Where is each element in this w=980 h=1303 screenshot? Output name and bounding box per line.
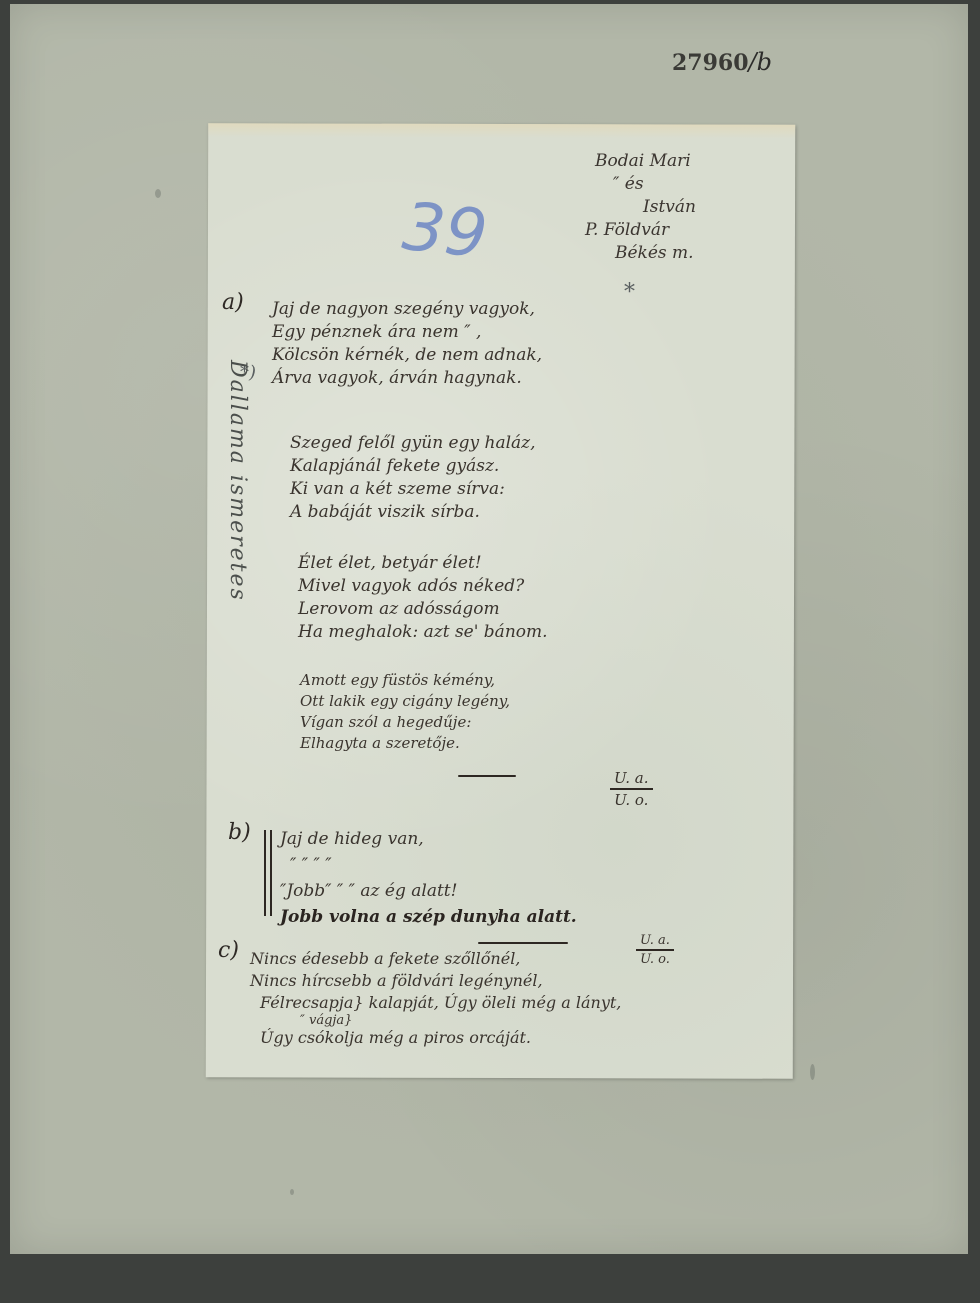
margin-note-vertical: Dallama ismeretes bbox=[225, 360, 250, 602]
verse-line: Kölcsön kérnék, de nem adnak, bbox=[272, 344, 542, 367]
stanza-a4: Amott egy füstös kémény, Ott lakik egy c… bbox=[300, 670, 510, 754]
verse-line: Árva vagyok, árván hagynak. bbox=[272, 367, 542, 390]
stanza-b: Jaj de hideg van, ″ ″ ″ ″ ″Jobb″ ″ ″ az … bbox=[280, 826, 577, 930]
verse-line: Mivel vagyok adós néked? bbox=[298, 575, 548, 598]
verse-line-ditto: ″ ″ ″ ″ bbox=[280, 852, 577, 878]
attribution-line: ″ és bbox=[585, 173, 755, 196]
verse-line: ″Jobb″ ″ ″ az ég alatt! bbox=[280, 878, 577, 904]
stain-speck bbox=[810, 1064, 815, 1080]
attribution-line: Békés m. bbox=[585, 242, 755, 265]
verse-line: Jobb volna a szép dunyha alatt. bbox=[280, 904, 577, 930]
catalog-number: 27960/b bbox=[672, 48, 772, 76]
source-mark-bottom: U. o. bbox=[614, 791, 648, 809]
page-number-pencil: 39 bbox=[400, 194, 490, 268]
stain-speck bbox=[290, 1189, 294, 1195]
verse-line: Elhagyta a szeretője. bbox=[300, 733, 510, 754]
verse-line: Ott lakik egy cigány legény, bbox=[300, 691, 510, 712]
verse-line: Lerovom az adósságom bbox=[298, 598, 548, 621]
section-label-a: a) bbox=[222, 292, 244, 314]
section-end-rule bbox=[458, 775, 516, 777]
attribution-line: P. Földvár bbox=[585, 219, 755, 242]
source-mark-bottom: U. o. bbox=[640, 952, 670, 967]
verse-line: Úgy csókolja még a piros orcáját. bbox=[250, 1027, 621, 1049]
section-label-c: c) bbox=[218, 940, 239, 962]
verse-line: Egy pénznek ára nem ″ , bbox=[272, 321, 542, 344]
verse-line: Nincs hírcsebb a földvári legénynél, bbox=[250, 970, 621, 992]
verse-line: Félrecsapja} kalapját, Úgy öleli még a l… bbox=[250, 992, 621, 1014]
asterisk-mark: * bbox=[624, 282, 635, 304]
verse-line: Vígan szól a hegedűje: bbox=[300, 712, 510, 733]
verse-line: Ha meghalok: azt se' bánom. bbox=[298, 621, 548, 644]
section-label-b: b) bbox=[228, 822, 251, 844]
verse-line: Nincs édesebb a fekete szőllőnél, bbox=[250, 948, 621, 970]
source-mark-top: U. a. bbox=[636, 932, 674, 951]
stanza-a3: Élet élet, betyár élet! Mivel vagyok adó… bbox=[298, 552, 548, 644]
stanza-a2: Szeged felől gyün egy haláz, Kalapjánál … bbox=[290, 432, 536, 524]
source-mark-a: U. a. U. o. bbox=[610, 768, 653, 810]
attribution-line: István bbox=[585, 196, 755, 219]
verse-line: Jaj de hideg van, bbox=[280, 826, 577, 852]
source-mark-b: U. a. U. o. bbox=[636, 932, 674, 968]
informant-attribution: Bodai Mari ″ és István P. Földvár Békés … bbox=[585, 150, 755, 265]
repeat-bar bbox=[264, 830, 266, 916]
repeat-bar bbox=[270, 830, 272, 916]
stanza-a1: Jaj de nagyon szegény vagyok, Egy pénzne… bbox=[272, 298, 542, 390]
stain-speck bbox=[155, 189, 161, 198]
source-mark-top: U. a. bbox=[610, 768, 653, 790]
verse-line: Ki van a két szeme sírva: bbox=[290, 478, 536, 501]
verse-line: Amott egy füstös kémény, bbox=[300, 670, 510, 691]
verse-line: Élet élet, betyár élet! bbox=[298, 552, 548, 575]
section-end-rule bbox=[478, 942, 568, 944]
verse-line: Kalapjánál fekete gyász. bbox=[290, 455, 536, 478]
verse-line: Jaj de nagyon szegény vagyok, bbox=[272, 298, 542, 321]
attribution-line: Bodai Mari bbox=[585, 150, 755, 173]
verse-line: Szeged felől gyün egy haláz, bbox=[290, 432, 536, 455]
catalog-number-suffix: /b bbox=[749, 48, 772, 76]
verse-line-variant: ″ vágja} bbox=[250, 1014, 621, 1027]
catalog-number-main: 27960 bbox=[672, 50, 749, 76]
stanza-c: Nincs édesebb a fekete szőllőnél, Nincs … bbox=[250, 948, 621, 1049]
verse-line: A babáját viszik sírba. bbox=[290, 501, 536, 524]
